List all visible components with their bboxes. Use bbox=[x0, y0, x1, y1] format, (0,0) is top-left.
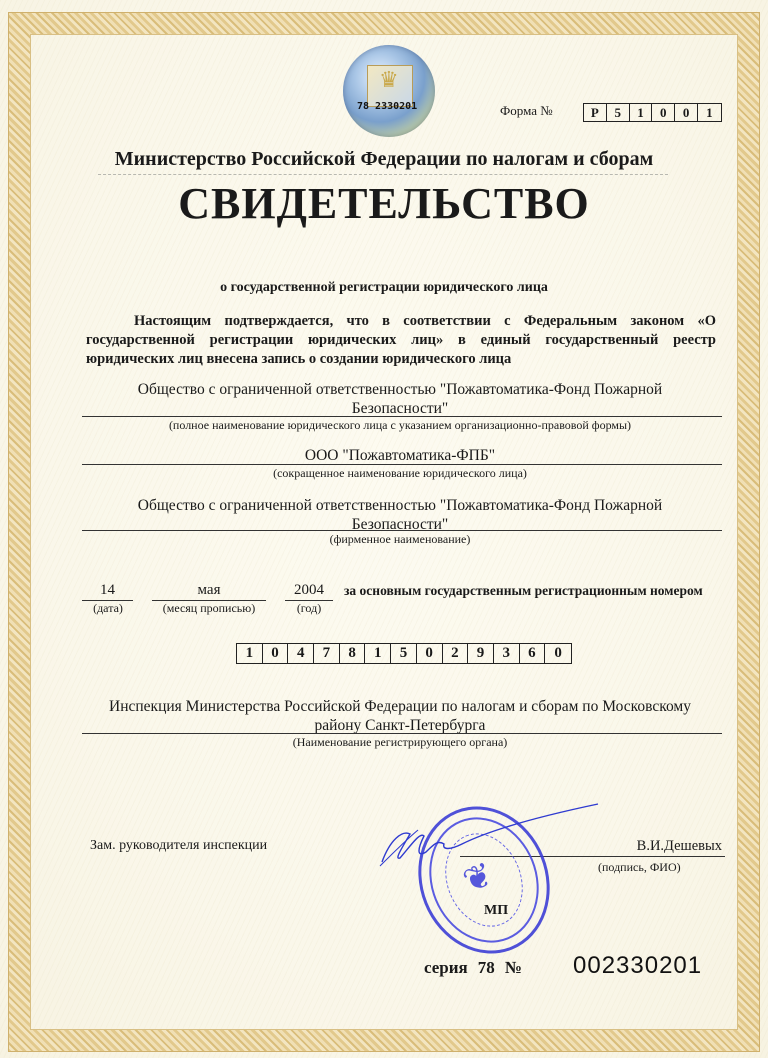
form-code-cell: 1 bbox=[698, 104, 721, 121]
ogrn-digit-cell: 4 bbox=[288, 644, 314, 663]
ogrn-digit-cell: 0 bbox=[417, 644, 443, 663]
form-code-cell: 1 bbox=[630, 104, 653, 121]
series-value: 78 bbox=[478, 958, 495, 977]
hologram-seal: ♛ 78 2330201 bbox=[343, 45, 435, 137]
series-word: серия bbox=[424, 958, 468, 977]
seal-place-mark: МП bbox=[484, 903, 508, 919]
serial-number: 002330201 bbox=[573, 952, 702, 980]
handwritten-signature-icon bbox=[372, 800, 602, 880]
ogrn-digit-cell: 7 bbox=[314, 644, 340, 663]
signatory-position: Зам. руководителя инспекции bbox=[90, 838, 267, 854]
ogrn-digit-cell: 8 bbox=[340, 644, 366, 663]
ogrn-digit-cell: 6 bbox=[520, 644, 546, 663]
form-code-cell: 0 bbox=[675, 104, 698, 121]
signatory-name: В.И.Дешевых bbox=[600, 838, 722, 855]
form-label: Форма № bbox=[500, 103, 553, 119]
year-caption: (год) bbox=[280, 601, 338, 616]
ogrn-digit-cell: 9 bbox=[468, 644, 494, 663]
form-code-cell: 5 bbox=[607, 104, 630, 121]
ministry-heading: Министерство Российской Федерации по нал… bbox=[40, 148, 728, 171]
registration-number-text: за основным государственным регистрацион… bbox=[344, 583, 703, 599]
registration-day: 14 bbox=[82, 582, 133, 599]
signature-caption: (подпись, ФИО) bbox=[598, 860, 681, 875]
ogrn-digit-cell: 5 bbox=[391, 644, 417, 663]
form-code-boxes: Р51001 bbox=[583, 103, 722, 122]
authority-line1: Инспекция Министерства Российской Федера… bbox=[80, 697, 720, 716]
authority-field: Инспекция Министерства Российской Федера… bbox=[80, 697, 720, 735]
day-caption: (дата) bbox=[78, 601, 138, 616]
brand-name-line1: Общество с ограниченной ответственностью… bbox=[80, 496, 720, 515]
ministry-divider bbox=[98, 174, 668, 175]
authority-rule bbox=[82, 733, 722, 734]
brand-name-field: Общество с ограниченной ответственностью… bbox=[80, 496, 720, 534]
ogrn-digit-cell: 0 bbox=[263, 644, 289, 663]
full-name-field: Общество с ограниченной ответственностью… bbox=[80, 380, 720, 418]
full-name-line1: Общество с ограниченной ответственностью… bbox=[80, 380, 720, 399]
registration-year: 2004 bbox=[285, 582, 333, 599]
intro-paragraph: Настоящим подтверждается, что в соответс… bbox=[86, 312, 716, 369]
authority-caption: (Наименование регистрирующего органа) bbox=[80, 735, 720, 750]
form-code-cell: 0 bbox=[652, 104, 675, 121]
eagle-emblem-icon: ♛ bbox=[379, 67, 399, 93]
hologram-number: 78 2330201 bbox=[357, 101, 417, 112]
brand-name-rule bbox=[82, 530, 722, 531]
ogrn-digit-cell: 3 bbox=[494, 644, 520, 663]
registration-month: мая bbox=[152, 582, 266, 599]
document-subtitle: о государственной регистрации юридическо… bbox=[40, 280, 728, 296]
short-name-rule bbox=[82, 464, 722, 465]
month-caption: (месяц прописью) bbox=[148, 601, 270, 616]
full-name-rule bbox=[82, 416, 722, 417]
brand-name-caption: (фирменное наименование) bbox=[80, 532, 720, 547]
short-name-field: ООО "Пожавтоматика-ФПБ" bbox=[80, 446, 720, 465]
full-name-caption: (полное наименование юридического лица с… bbox=[80, 418, 720, 433]
series-label: серия78№ bbox=[424, 958, 522, 978]
form-code-cell: Р bbox=[584, 104, 607, 121]
document-title: СВИДЕТЕЛЬСТВО bbox=[40, 178, 728, 229]
ogrn-digit-cell: 1 bbox=[237, 644, 263, 663]
ogrn-digit-cell: 2 bbox=[443, 644, 469, 663]
intro-text: Настоящим подтверждается, что в соответс… bbox=[86, 313, 716, 367]
short-name-caption: (сокращенное наименование юридического л… bbox=[80, 466, 720, 481]
ogrn-boxes: 1047815029360 bbox=[236, 643, 572, 664]
certificate-page: ♛ 78 2330201 Форма № Р51001 Министерство… bbox=[0, 0, 768, 1058]
ogrn-digit-cell: 0 bbox=[545, 644, 571, 663]
ogrn-digit-cell: 1 bbox=[365, 644, 391, 663]
series-number-sign: № bbox=[505, 958, 522, 977]
